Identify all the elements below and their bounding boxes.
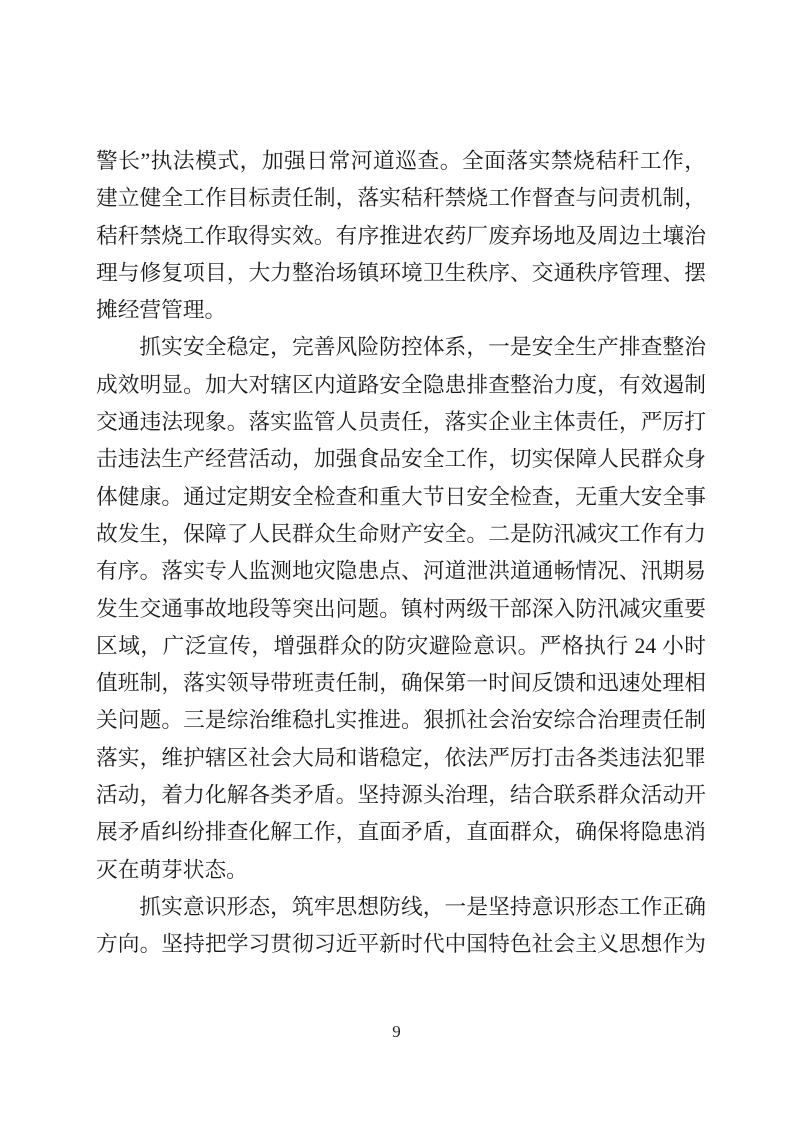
text-line: 交通违法现象。落实监管人员责任，落实企业主体责任，严厉打 [96, 404, 706, 441]
text-line: 方向。坚持把学习贯彻习近平新时代中国特色社会主义思想作为 [96, 926, 706, 963]
page-number: 9 [392, 1022, 401, 1041]
text-line: 灭在萌芽状态。 [96, 852, 706, 889]
text-line: 活动，着力化解各类矛盾。坚持源头治理，结合联系群众活动开 [96, 777, 706, 814]
text-line: 建立健全工作目标责任制，落实秸秆禁烧工作督查与问责机制， [96, 180, 706, 217]
text-line: 有序。落实专人监测地灾隐患点、河道泄洪道通畅情况、汛期易 [96, 553, 706, 590]
text-line: 展矛盾纠纷排查化解工作，直面矛盾，直面群众，确保将隐患消 [96, 814, 706, 851]
paragraph: 抓实意识形态，筑牢思想防线，一是坚持意识形态工作正确 方向。坚持把学习贯彻习近平… [96, 889, 706, 964]
text-line: 故发生，保障了人民群众生命财产安全。二是防汛减灾工作有力 [96, 516, 706, 553]
text-line: 落实，维护辖区社会大局和谐稳定，依法严厉打击各类违法犯罪 [96, 740, 706, 777]
document-body: 警长”执法模式，加强日常河道巡查。全面落实禁烧秸秆工作， 建立健全工作目标责任制… [96, 143, 706, 964]
text-line: 击违法生产经营活动，加强食品安全工作，切实保障人民群众身 [96, 441, 706, 478]
text-line: 警长”执法模式，加强日常河道巡查。全面落实禁烧秸秆工作， [96, 143, 706, 180]
text-line: 发生交通事故地段等突出问题。镇村两级干部深入防汛减灾重要 [96, 591, 706, 628]
text-line: 关问题。三是综治维稳扎实推进。狠抓社会治安综合治理责任制 [96, 702, 706, 739]
text-line: 抓实意识形态，筑牢思想防线，一是坚持意识形态工作正确 [96, 889, 706, 926]
page-footer: 9 [0, 1022, 793, 1042]
text-line: 抓实安全稳定，完善风险防控体系，一是安全生产排查整治 [96, 329, 706, 366]
document-page: 警长”执法模式，加强日常河道巡查。全面落实禁烧秸秆工作， 建立健全工作目标责任制… [0, 0, 793, 1122]
text-line: 值班制，落实领导带班责任制，确保第一时间反馈和迅速处理相 [96, 665, 706, 702]
text-line: 区域，广泛宣传，增强群众的防灾避险意识。严格执行 24 小时 [96, 628, 706, 665]
text-line: 秸秆禁烧工作取得实效。有序推进农药厂废弃场地及周边土壤治 [96, 218, 706, 255]
paragraph: 抓实安全稳定，完善风险防控体系，一是安全生产排查整治 成效明显。加大对辖区内道路… [96, 329, 706, 888]
paragraph: 警长”执法模式，加强日常河道巡查。全面落实禁烧秸秆工作， 建立健全工作目标责任制… [96, 143, 706, 329]
text-line: 成效明显。加大对辖区内道路安全隐患排查整治力度，有效遏制 [96, 367, 706, 404]
text-line: 理与修复项目，大力整治场镇环境卫生秩序、交通秩序管理、摆 [96, 255, 706, 292]
text-line: 摊经营管理。 [96, 292, 706, 329]
text-line: 体健康。通过定期安全检查和重大节日安全检查，无重大安全事 [96, 479, 706, 516]
